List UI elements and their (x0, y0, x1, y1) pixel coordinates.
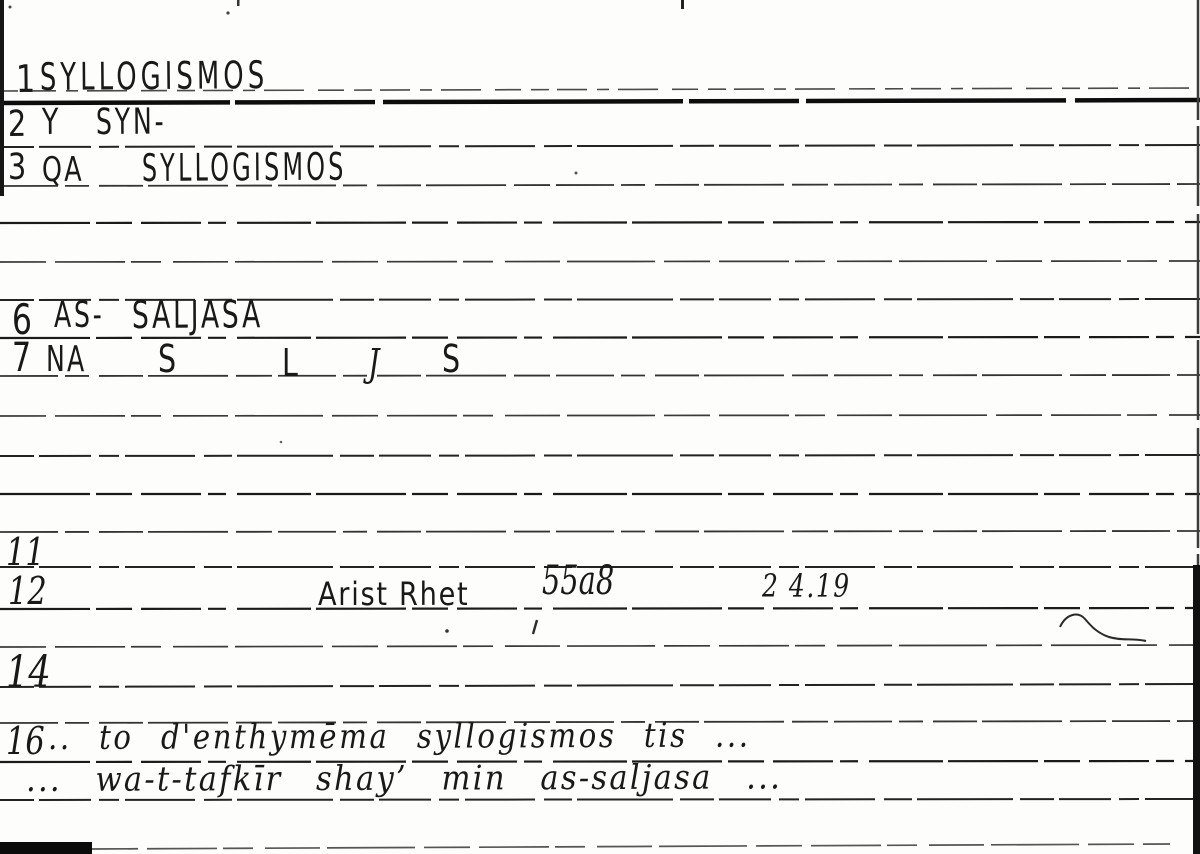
row6-field-value: SALJASA (132, 295, 263, 334)
row14-line-number: 14 (6, 651, 51, 695)
consonant-letter-3: J (368, 344, 379, 382)
row2-line-number: 2 (8, 107, 27, 143)
scan-edge-left (0, 0, 4, 196)
consonant-letter-2: L (282, 344, 298, 382)
row7-line-number: 7 (12, 338, 31, 378)
consonant-letter-4: S (442, 340, 460, 378)
row11-line-number: 11 (6, 533, 45, 571)
row7-field-label: NA (46, 342, 86, 378)
citation-ref: 2 4.19 (762, 570, 851, 602)
row12-line-number: 12 (8, 572, 47, 610)
row16-line-number: 16 (6, 722, 45, 760)
row2-field-label: Y (42, 105, 59, 141)
row1-line-number: 1 (16, 60, 36, 98)
citation-author-work: Arist Rhet (318, 578, 469, 610)
quote-arabic-transliteration: ... wa-t-tafkīr shay’ min as-saljasa ... (26, 760, 782, 797)
consonant-letter-1: S (158, 340, 176, 378)
headword: SYLLOGISMOS (40, 56, 269, 96)
quote-greek-transliteration: .. to d'enthymēma syllogismos tis ... (48, 719, 751, 755)
row6-field-label: AS- (54, 298, 105, 334)
row3-field-value: SYLLOGISMOS (142, 148, 347, 187)
row3-line-number: 3 (8, 150, 27, 186)
row3-field-label: QA (42, 153, 84, 187)
scan-blot-bottom-left (0, 842, 92, 854)
pen-squiggle (1060, 615, 1146, 641)
index-card: 1 SYLLOGISMOS 2 Y SYN- 3 QA SYLLOGISMOS … (0, 0, 1200, 854)
citation-locus: 55a8 (542, 561, 614, 601)
scan-edge-right-thick (1193, 565, 1200, 854)
row2-field-value: SYN- (96, 105, 167, 141)
